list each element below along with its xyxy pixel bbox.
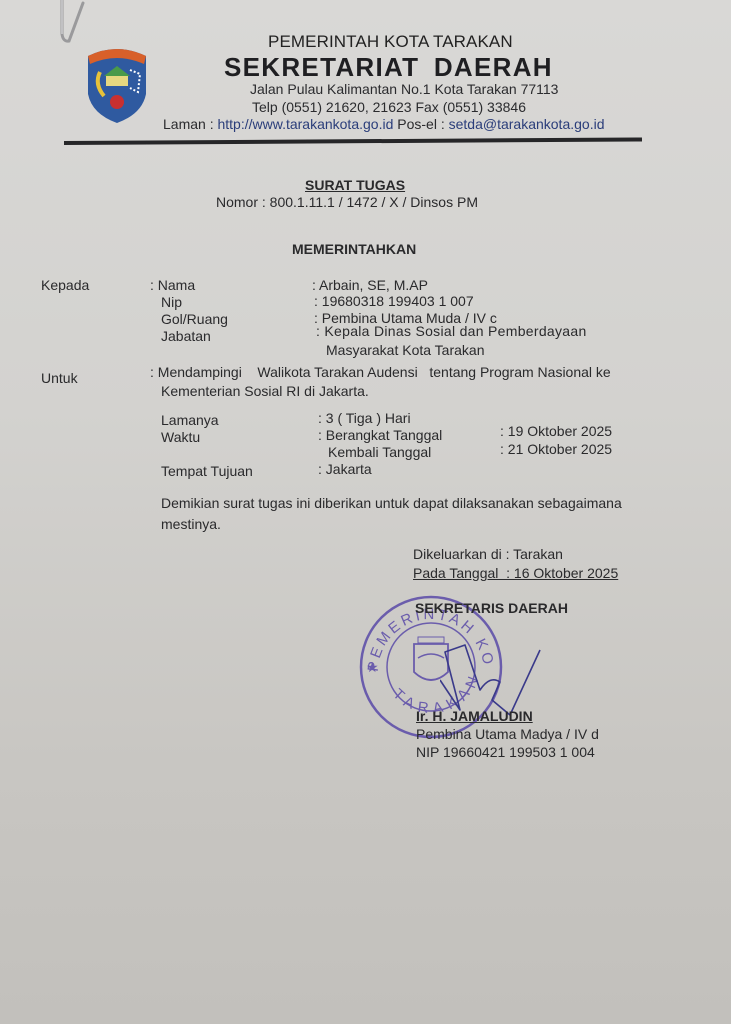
closing-line2: mestinya. (161, 516, 221, 532)
signatory-title: SEKRETARIS DAERAH (415, 600, 568, 616)
letterhead-phone: Telp (0551) 21620, 21623 Fax (0551) 3384… (252, 99, 526, 115)
field-value-jabatan: : Kepala Dinas Sosial dan Pemberdayaan (316, 323, 587, 339)
purpose-line1: : Mendampingi Walikota Tarakan Audensi t… (150, 364, 611, 380)
field-label-nama: : Nama (150, 277, 195, 293)
return-date: : 21 Oktober 2025 (500, 441, 612, 457)
svg-text:★: ★ (366, 659, 379, 675)
letterhead-contact: Laman : http://www.tarakankota.go.id Pos… (163, 116, 604, 132)
issued-place: Dikeluarkan di : Tarakan (413, 546, 563, 562)
signatory-nip: NIP 19660421 199503 1 004 (416, 744, 595, 760)
depart-label: : Berangkat Tanggal (318, 427, 442, 443)
destination-value: : Jakarta (318, 461, 372, 477)
letterhead-office: SEKRETARIAT DAERAH (224, 52, 553, 83)
signatory-rank: Pembina Utama Madya / IV d (416, 726, 599, 742)
purpose-label: Untuk (41, 370, 78, 386)
purpose-line2: Kementerian Sosial RI di Jakarta. (161, 383, 369, 399)
letter-command: MEMERINTAHKAN (292, 241, 416, 257)
issued-date: Pada Tanggal : 16 Oktober 2025 (413, 565, 618, 581)
letterhead-government: PEMERINTAH KOTA TARAKAN (268, 32, 513, 52)
time-label: Waktu (161, 429, 200, 445)
letter-number: Nomor : 800.1.11.1 / 1472 / X / Dinsos P… (216, 194, 478, 210)
recipient-label: Kepada (41, 277, 89, 293)
city-emblem-icon (84, 44, 150, 124)
email-label: Pos-el : (393, 116, 448, 132)
letter-title: SURAT TUGAS (305, 177, 405, 193)
paperclip-icon (58, 0, 88, 45)
field-label-golruang: Gol/Ruang (161, 311, 228, 327)
signatory-name: Ir. H. JAMALUDIN (416, 708, 533, 724)
letterhead-address: Jalan Pulau Kalimantan No.1 Kota Tarakan… (250, 81, 558, 97)
website-link[interactable]: http://www.tarakankota.go.id (217, 116, 393, 132)
website-label: Laman : (163, 116, 217, 132)
letterhead-divider (64, 137, 642, 145)
field-label-jabatan: Jabatan (161, 328, 211, 344)
field-value-nama: : Arbain, SE, M.AP (312, 277, 428, 293)
email-link[interactable]: setda@tarakankota.go.id (449, 116, 605, 132)
field-value-jabatan-cont: Masyarakat Kota Tarakan (326, 342, 485, 358)
return-label: Kembali Tanggal (328, 444, 431, 460)
depart-date: : 19 Oktober 2025 (500, 423, 612, 439)
field-label-nip: Nip (161, 294, 182, 310)
duration-label: Lamanya (161, 412, 219, 428)
field-value-nip: : 19680318 199403 1 007 (314, 293, 474, 309)
duration-value: : 3 ( Tiga ) Hari (318, 410, 411, 426)
closing-line1: Demikian surat tugas ini diberikan untuk… (161, 495, 622, 511)
destination-label: Tempat Tujuan (161, 463, 253, 479)
